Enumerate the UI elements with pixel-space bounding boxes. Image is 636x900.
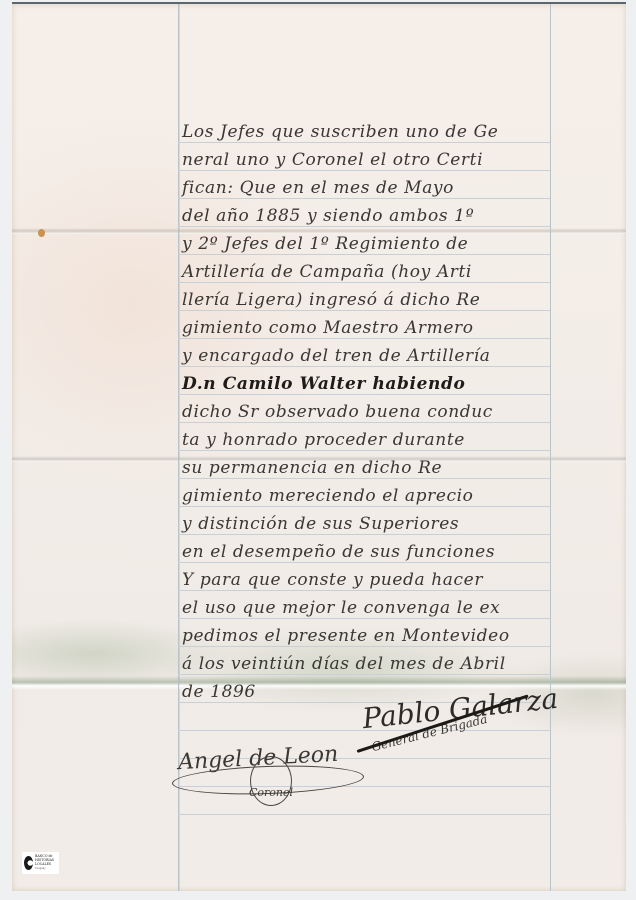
text-line: y distinción de sus Superiores xyxy=(182,514,554,534)
logo-subtitle: Uruguay xyxy=(35,867,54,871)
archive-watermark-logo: BANCO de HISTORIAS LOCALES Uruguay xyxy=(22,852,59,874)
ruled-line xyxy=(178,646,550,647)
ruled-line xyxy=(178,366,550,367)
text-line: gimiento como Maestro Armero xyxy=(182,318,554,338)
text-line: pedimos el presente en Montevideo xyxy=(182,626,554,646)
text-line: Y para que conste y pueda hacer xyxy=(182,570,554,590)
text-line: y 2º Jefes del 1º Regimiento de xyxy=(182,234,554,254)
stain-spot xyxy=(38,229,45,237)
ruled-line xyxy=(178,814,550,815)
ruled-line xyxy=(178,422,550,423)
document-page: Los Jefes que suscriben uno de Ge neral … xyxy=(12,2,626,891)
ruled-line xyxy=(178,142,550,143)
archive-logo-text: BANCO de HISTORIAS LOCALES Uruguay xyxy=(35,855,54,870)
ruled-line xyxy=(178,506,550,507)
text-line: Artillería de Campaña (hoy Arti xyxy=(182,262,554,282)
text-line: llería Ligera) ingresó á dicho Re xyxy=(182,290,554,310)
text-line: el uso que mejor le convenga le ex xyxy=(182,598,554,618)
ruled-line xyxy=(178,282,550,283)
text-line: dicho Sr observado buena conduc xyxy=(182,402,554,422)
ruled-line xyxy=(178,226,550,227)
ruled-line xyxy=(178,618,550,619)
ruled-line xyxy=(178,478,550,479)
ruled-line xyxy=(178,534,550,535)
ruled-line xyxy=(178,394,550,395)
ruled-line xyxy=(178,198,550,199)
ruled-line xyxy=(178,562,550,563)
text-line: Los Jefes que suscriben uno de Ge xyxy=(182,122,554,142)
text-line: su permanencia en dicho Re xyxy=(182,458,554,478)
ruled-line xyxy=(178,450,550,451)
text-line: neral uno y Coronel el otro Certi xyxy=(182,150,554,170)
ruled-line xyxy=(178,310,550,311)
ruled-line xyxy=(178,674,550,675)
text-line: en el desempeño de sus funciones xyxy=(182,542,554,562)
text-line: gimiento mereciendo el aprecio xyxy=(182,486,554,506)
text-line: del año 1885 y siendo ambos 1º xyxy=(182,206,554,226)
text-line: y encargado del tren de Artillería xyxy=(182,346,554,366)
ruled-line xyxy=(178,338,550,339)
signature-coronel-title: Coronel xyxy=(249,786,293,799)
ruled-line xyxy=(178,170,550,171)
text-line: á los veintiún días del mes de Abril xyxy=(182,654,554,674)
text-line-name: D.n Camilo Walter habiendo xyxy=(182,374,554,394)
text-line: fican: Que en el mes de Mayo xyxy=(182,178,554,198)
ruled-line xyxy=(178,590,550,591)
text-line: ta y honrado proceder durante xyxy=(182,430,554,450)
ruled-line xyxy=(178,254,550,255)
archive-logo-icon xyxy=(24,856,33,870)
